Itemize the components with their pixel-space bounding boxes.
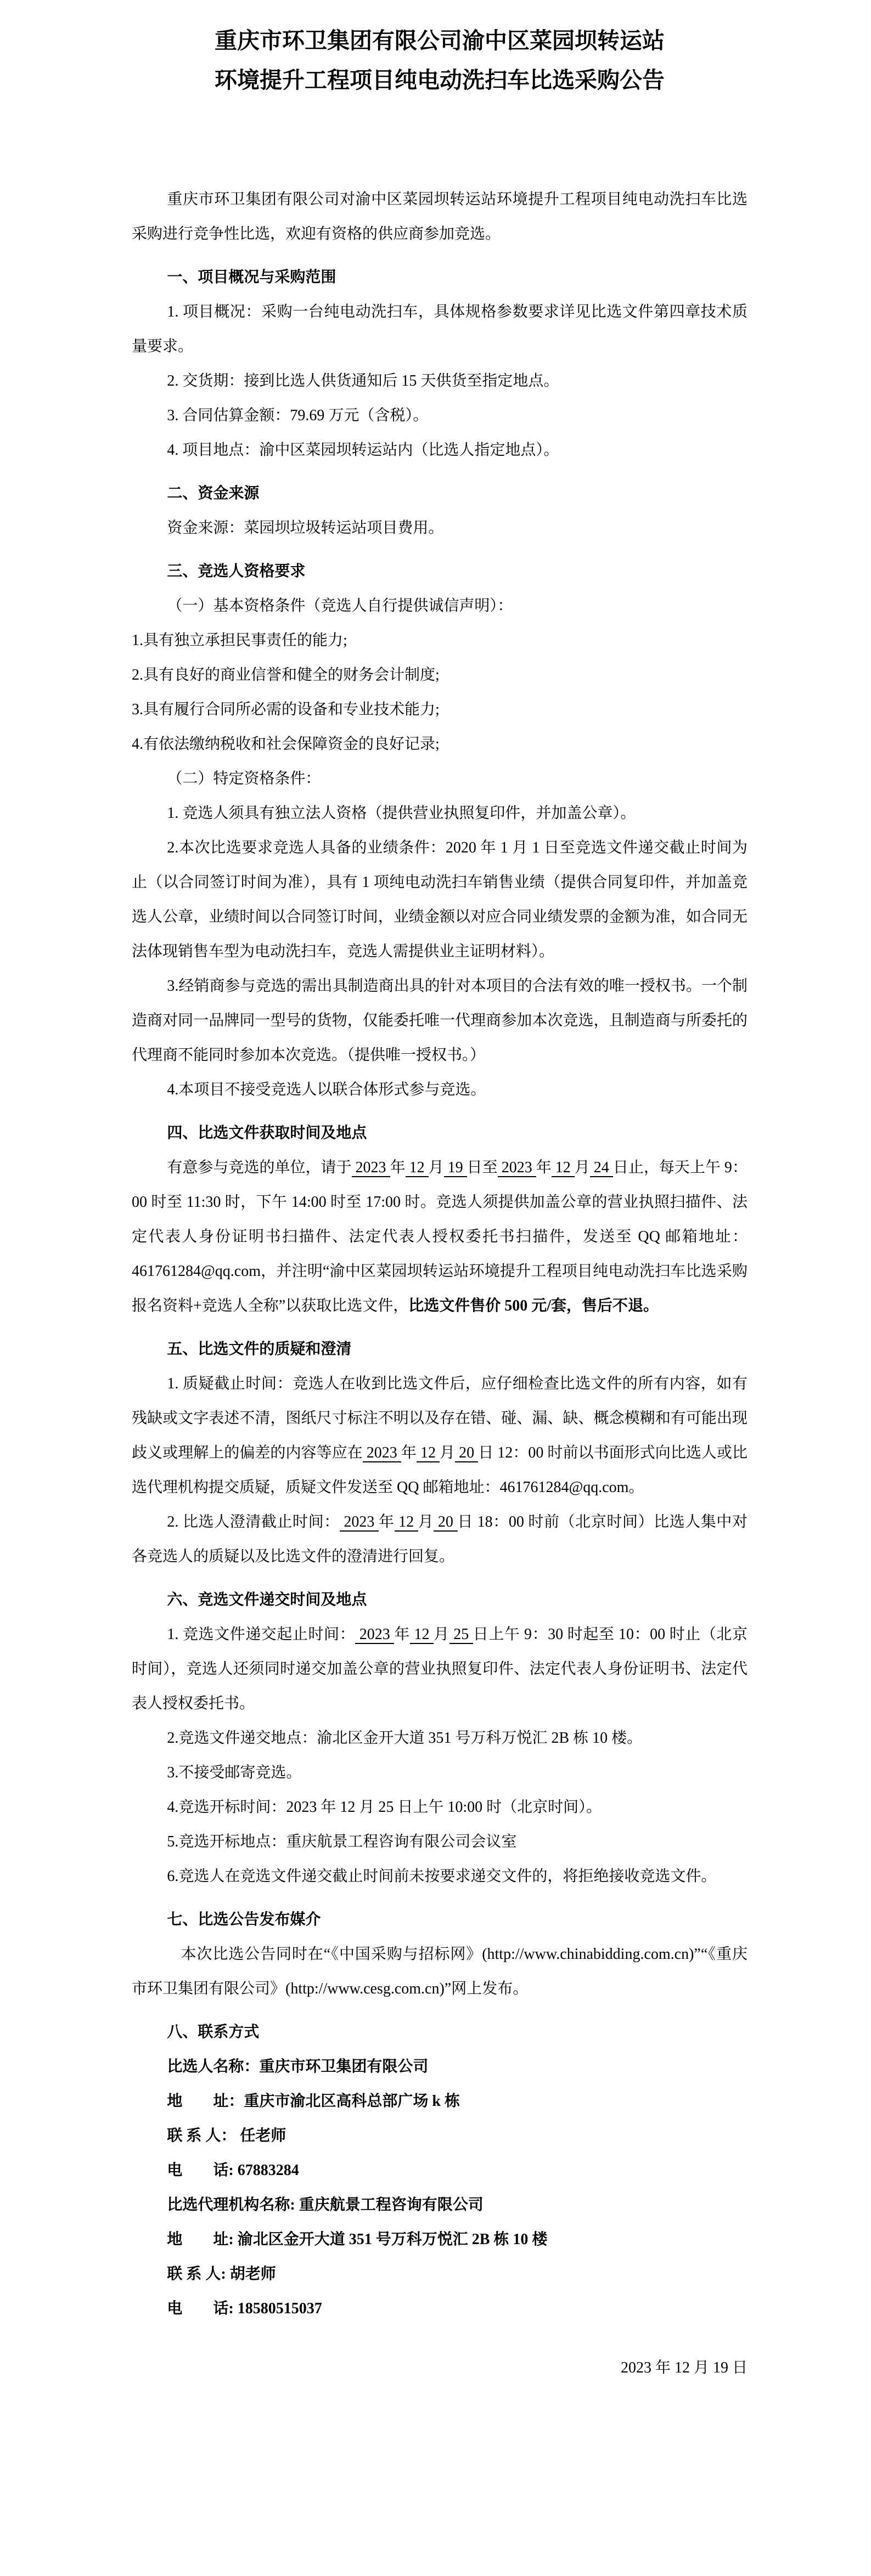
- section-7-heading: 七、比选公告发布媒介: [132, 1902, 748, 1937]
- text-segment: 七、比选公告发布媒介: [167, 1911, 321, 1928]
- section-5-item-1: 1. 质疑截止时间：竞选人在收到比选文件后，应仔细检查比选文件的所有内容，如有残…: [132, 1366, 748, 1505]
- underlined-date-field: 12: [417, 1444, 440, 1462]
- underlined-date-field: 12: [552, 1159, 575, 1177]
- section-1-item-4: 4. 项目地点：渝中区菜园坝转运站内（比选人指定地点）。: [132, 433, 748, 467]
- text-segment: 重庆市环卫集团有限公司渝中区菜园坝转运站: [215, 28, 665, 53]
- text-segment: 月: [429, 1159, 444, 1176]
- text-segment: 一、项目概况与采购范围: [167, 269, 336, 286]
- text-segment: 环境提升工程项目纯电动洗扫车比选采购公告: [215, 67, 665, 93]
- section-1-item-1: 1. 项目概况：采购一台纯电动洗扫车，具体规格参数要求详见比选文件第四章技术质量…: [132, 295, 748, 364]
- text-segment: 月: [434, 1626, 449, 1643]
- underlined-date-field: 2023: [498, 1159, 536, 1177]
- document-title-line1: 重庆市环卫集团有限公司渝中区菜园坝转运站: [132, 21, 748, 60]
- text-segment: （二）特定资格条件：: [167, 770, 321, 787]
- text-segment: 4.有依法缴纳税收和社会保障资金的良好记录;: [132, 736, 440, 753]
- underlined-date-field: 2023: [352, 1159, 390, 1177]
- text-segment: 有意参与竞选的单位，请于: [167, 1159, 351, 1176]
- section-6-item-5: 5.竞选开标地点：重庆航景工程咨询有限公司会议室: [132, 1824, 748, 1859]
- section-1-heading: 一、项目概况与采购范围: [132, 260, 748, 295]
- text-segment: 日止，每天上午 9：00 时至 11:30 时，下午 14:00 时至 17:0…: [132, 1159, 748, 1314]
- section-1-item-2: 2. 交货期：接到比选人供货通知后 15 天供货至指定地点。: [132, 364, 748, 398]
- section-6-item-1: 1. 竞选文件递交起止时间： 2023 年 12 月 25 日上午 9：30 时…: [132, 1617, 748, 1721]
- section-6-item-3: 3.不接受邮寄竞选。: [132, 1755, 748, 1790]
- basic-condition-1: 1.具有独立承担民事责任的能力;: [132, 623, 748, 658]
- text-segment: 年: [401, 1444, 417, 1461]
- section-3-heading: 三、竞选人资格要求: [132, 554, 748, 589]
- text-segment: 3.不接受邮寄竞选。: [167, 1764, 301, 1781]
- bold-text-segment: 比选文件售价 500 元/套，售后不退。: [408, 1297, 659, 1314]
- basic-condition-2: 2.具有良好的商业信誉和健全的财务会计制度;: [132, 658, 748, 692]
- underlined-date-field: 12: [406, 1159, 429, 1177]
- text-segment: 年: [379, 1513, 395, 1530]
- text-segment: 地 址：重庆市渝北区高科总部广场 k 栋: [167, 2093, 460, 2110]
- section-5-heading: 五、比选文件的质疑和澄清: [132, 1332, 748, 1366]
- text-segment: 重庆市环卫集团有限公司对渝中区菜园坝转运站环境提升工程项目纯电动洗扫车比选采购进…: [132, 191, 748, 242]
- text-segment: 5.竞选开标地点：重庆航景工程咨询有限公司会议室: [167, 1833, 516, 1850]
- basic-condition-4: 4.有依法缴纳税收和社会保障资金的良好记录;: [132, 727, 748, 761]
- intro-paragraph: 重庆市环卫集团有限公司对渝中区菜园坝转运站环境提升工程项目纯电动洗扫车比选采购进…: [132, 182, 748, 251]
- underlined-date-field: 2023: [355, 1626, 394, 1644]
- document-body: 重庆市环卫集团有限公司渝中区菜园坝转运站环境提升工程项目纯电动洗扫车比选采购公告…: [0, 0, 871, 2385]
- underlined-date-field: 24: [590, 1159, 613, 1177]
- text-segment: 2.具有良好的商业信誉和健全的财务会计制度;: [132, 666, 440, 683]
- text-segment: 本次比选公告同时在“《中国采购与招标网》(http://www.chinabid…: [132, 1946, 748, 1997]
- text-segment: 比选人名称：重庆市环卫集团有限公司: [167, 2058, 428, 2075]
- specific-condition-3: 3.经销商参与竞选的需出具制造商出具的针对本项目的合法有效的唯一授权书。一个制造…: [132, 969, 748, 1072]
- text-segment: 4.本项目不接受竞选人以联合体形式参与竞选。: [167, 1081, 486, 1098]
- underlined-date-field: 20: [434, 1513, 457, 1532]
- text-segment: 2023 年 12 月 19 日: [621, 2359, 748, 2376]
- specific-condition-4: 4.本项目不接受竞选人以联合体形式参与竞选。: [132, 1072, 748, 1107]
- underlined-date-field: 12: [395, 1513, 418, 1532]
- section-2-body: 资金来源：菜园坝垃圾转运站项目费用。: [132, 511, 748, 545]
- underlined-date-field: 2023: [363, 1444, 401, 1462]
- text-segment: 1. 项目概况：采购一台纯电动洗扫车，具体规格参数要求详见比选文件第四章技术质量…: [132, 303, 748, 355]
- text-segment: 日至: [467, 1159, 498, 1176]
- underlined-date-field: 2023: [340, 1513, 379, 1532]
- underlined-date-field: 25: [449, 1626, 473, 1644]
- contact-agency-address: 地 址: 渝北区金开大道 351 号万科万悦汇 2B 栋 10 楼: [132, 2222, 748, 2257]
- section-8-heading: 八、联系方式: [132, 2015, 748, 2049]
- text-segment: 6.竞选人在竞选文件递交截止时间前未按要求递交文件的，将拒绝接收竞选文件。: [167, 1868, 716, 1885]
- text-segment: 4.竞选开标时间：2023 年 12 月 25 日上午 10:00 时（北京时间…: [167, 1799, 602, 1816]
- text-segment: 六、竞选文件递交时间及地点: [167, 1591, 367, 1608]
- text-segment: 比选代理机构名称: 重庆航景工程咨询有限公司: [167, 2196, 483, 2213]
- section-2-heading: 二、资金来源: [132, 476, 748, 511]
- text-segment: 年: [390, 1159, 406, 1176]
- text-segment: 3. 合同估算金额：79.69 万元（含税）。: [167, 407, 428, 424]
- text-segment: 1.具有独立承担民事责任的能力;: [132, 632, 347, 649]
- text-segment: 3.经销商参与竞选的需出具制造商出具的针对本项目的合法有效的唯一授权书。一个制造…: [132, 978, 748, 1064]
- section-4-body: 有意参与竞选的单位，请于 2023 年 12 月 19 日至 2023 年 12…: [132, 1150, 748, 1323]
- text-segment: 2. 比选人澄清截止时间：: [167, 1513, 339, 1530]
- announcement-date: 2023 年 12 月 19 日: [132, 2351, 748, 2385]
- contact-buyer-address: 地 址：重庆市渝北区高科总部广场 k 栋: [132, 2084, 748, 2119]
- underlined-date-field: 19: [444, 1159, 467, 1177]
- text-segment: 年: [536, 1159, 552, 1176]
- contact-buyer-phone: 电 话: 67883284: [132, 2153, 748, 2188]
- contact-agency-name: 比选代理机构名称: 重庆航景工程咨询有限公司: [132, 2188, 748, 2222]
- text-segment: 2. 交货期：接到比选人供货通知后 15 天供货至指定地点。: [167, 372, 559, 389]
- text-segment: 月: [440, 1444, 455, 1461]
- text-segment: （一）基本资格条件（竞选人自行提供诚信声明）：: [167, 597, 513, 614]
- basic-condition-3: 3.具有履行合同所必需的设备和专业技术能力;: [132, 692, 748, 727]
- document-page: 重庆市环卫集团有限公司渝中区菜园坝转运站环境提升工程项目纯电动洗扫车比选采购公告…: [0, 0, 871, 2576]
- text-segment: 月: [575, 1159, 590, 1176]
- text-segment: 联 系 人： 任老师: [167, 2127, 286, 2144]
- section-7-body: 本次比选公告同时在“《中国采购与招标网》(http://www.chinabid…: [132, 1937, 748, 2006]
- section-6-item-2: 2.竞选文件递交地点：渝北区金开大道 351 号万科万悦汇 2B 栋 10 楼。: [132, 1721, 748, 1755]
- text-segment: 年: [394, 1626, 410, 1643]
- text-segment: 联 系 人: 胡老师: [167, 2266, 276, 2283]
- section-4-heading: 四、比选文件获取时间及地点: [132, 1116, 748, 1150]
- text-segment: 2.本次比选要求竞选人具备的业绩条件：2020 年 1 月 1 日至竞选文件递交…: [132, 839, 748, 960]
- text-segment: 4. 项目地点：渝中区菜园坝转运站内（比选人指定地点）。: [167, 442, 559, 459]
- section-6-heading: 六、竞选文件递交时间及地点: [132, 1583, 748, 1617]
- text-segment: 2.竞选文件递交地点：渝北区金开大道 351 号万科万悦汇 2B 栋 10 楼。: [167, 1730, 642, 1747]
- underlined-date-field: 12: [410, 1626, 434, 1644]
- text-segment: 1. 竞选人须具有独立法人资格（提供营业执照复印件，并加盖公章）。: [167, 805, 636, 822]
- underlined-date-field: 20: [455, 1444, 478, 1462]
- section-1-item-3: 3. 合同估算金额：79.69 万元（含税）。: [132, 398, 748, 433]
- text-segment: 电 话: 18580515037: [167, 2300, 322, 2317]
- text-segment: 资金来源：菜园坝垃圾转运站项目费用。: [167, 519, 443, 536]
- contact-buyer-person: 联 系 人： 任老师: [132, 2119, 748, 2153]
- text-segment: 三、竞选人资格要求: [167, 563, 305, 580]
- text-segment: 五、比选文件的质疑和澄清: [167, 1341, 351, 1358]
- section-5-item-2: 2. 比选人澄清截止时间： 2023 年 12 月 20 日 18：00 时前（…: [132, 1505, 748, 1574]
- text-segment: 地 址: 渝北区金开大道 351 号万科万悦汇 2B 栋 10 楼: [167, 2231, 547, 2248]
- section-3-basic-conditions-title: （一）基本资格条件（竞选人自行提供诚信声明）：: [132, 589, 748, 623]
- specific-condition-1: 1. 竞选人须具有独立法人资格（提供营业执照复印件，并加盖公章）。: [132, 796, 748, 831]
- contact-agency-person: 联 系 人: 胡老师: [132, 2257, 748, 2291]
- specific-condition-2: 2.本次比选要求竞选人具备的业绩条件：2020 年 1 月 1 日至竞选文件递交…: [132, 831, 748, 969]
- text-segment: 3.具有履行合同所必需的设备和专业技术能力;: [132, 701, 440, 718]
- text-segment: 月: [418, 1513, 434, 1530]
- text-segment: 二、资金来源: [167, 485, 259, 502]
- section-6-item-6: 6.竞选人在竞选文件递交截止时间前未按要求递交文件的，将拒绝接收竞选文件。: [132, 1859, 748, 1894]
- contact-agency-phone: 电 话: 18580515037: [132, 2291, 748, 2326]
- text-segment: 八、联系方式: [167, 2024, 259, 2041]
- text-segment: 电 话: 67883284: [167, 2162, 299, 2179]
- section-3-specific-conditions-title: （二）特定资格条件：: [132, 761, 748, 796]
- section-6-item-4: 4.竞选开标时间：2023 年 12 月 25 日上午 10:00 时（北京时间…: [132, 1790, 748, 1824]
- document-title-line2: 环境提升工程项目纯电动洗扫车比选采购公告: [132, 60, 748, 100]
- text-segment: 1. 竞选文件递交起止时间：: [167, 1626, 355, 1643]
- contact-buyer-name: 比选人名称：重庆市环卫集团有限公司: [132, 2049, 748, 2084]
- text-segment: 四、比选文件获取时间及地点: [167, 1125, 367, 1142]
